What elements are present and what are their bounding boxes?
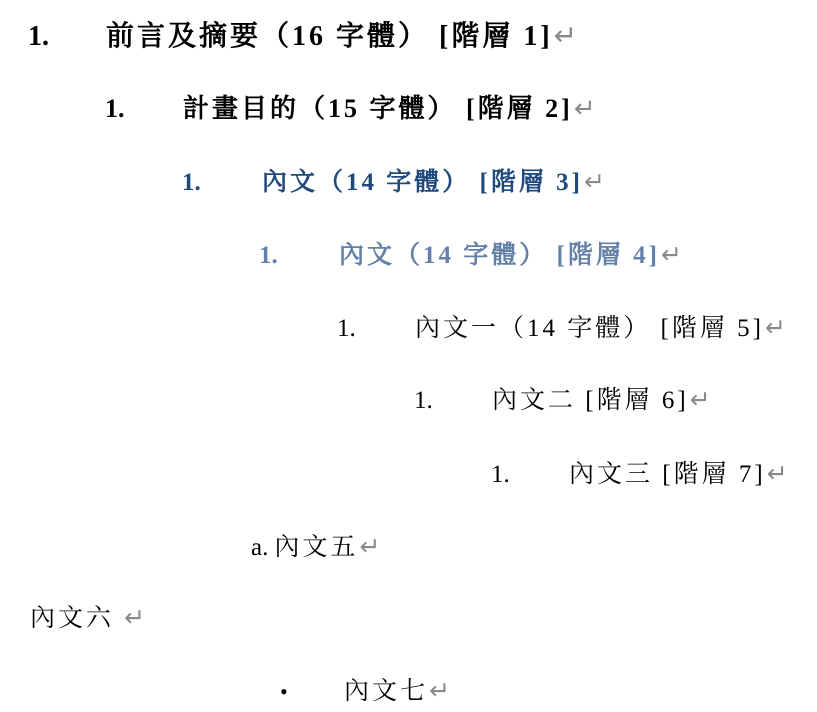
list-number: 1.: [259, 242, 339, 270]
body-text: 內文五: [274, 527, 358, 563]
paragraph-mark-icon: ↵: [359, 532, 380, 561]
list-number: 1.: [491, 461, 569, 489]
paragraph-mark-icon: ↵: [584, 167, 605, 196]
paragraph-mark-icon: ↵: [765, 313, 786, 342]
heading-level-3[interactable]: 1. 內文（14 字體） [階層 3] ↵: [182, 162, 605, 198]
heading-text: 內文（14 字體） [階層 3]: [262, 162, 583, 198]
list-number: 1.: [414, 387, 492, 415]
list-number: 1.: [182, 169, 262, 197]
heading-level-6[interactable]: 1. 內文二 [階層 6] ↵: [414, 380, 711, 416]
heading-level-2[interactable]: 1. 計畫目的（15 字體） [階層 2] ↵: [105, 88, 596, 125]
bullet-icon: •: [280, 679, 344, 705]
heading-text: 內文三 [階層 7]: [569, 454, 766, 490]
body-text: 內文六: [30, 598, 114, 634]
bullet-list-item[interactable]: • 內文七 ↵: [280, 671, 450, 707]
list-number: 1.: [337, 315, 415, 343]
heading-text: 計畫目的（15 字體） [階層 2]: [183, 88, 573, 125]
heading-level-7[interactable]: 1. 內文三 [階層 7] ↵: [491, 454, 788, 490]
paragraph-mark-icon: ↵: [767, 459, 788, 488]
heading-level-5[interactable]: 1. 內文一（14 字體） [階層 5] ↵: [337, 308, 786, 344]
heading-text: 內文（14 字體） [階層 4]: [339, 235, 660, 271]
paragraph-mark-icon: ↵: [554, 19, 577, 52]
lettered-list-item[interactable]: a. 內文五 ↵: [251, 527, 380, 563]
heading-level-4[interactable]: 1. 內文（14 字體） [階層 4] ↵: [259, 235, 682, 271]
paragraph-mark-icon: ↵: [690, 385, 711, 414]
paragraph-mark-icon: ↵: [124, 603, 145, 632]
body-paragraph[interactable]: 內文六 ↵: [30, 598, 145, 634]
body-text: 內文七: [344, 671, 428, 707]
list-letter: a.: [251, 534, 268, 562]
heading-text: 前言及摘要（16 字體） [階層 1]: [106, 14, 553, 54]
paragraph-mark-icon: ↵: [429, 676, 450, 705]
paragraph-mark-icon: ↵: [574, 94, 596, 124]
heading-text: 內文二 [階層 6]: [492, 380, 689, 416]
list-number: 1.: [105, 94, 183, 124]
paragraph-mark-icon: ↵: [661, 240, 682, 269]
list-number: 1.: [28, 21, 106, 53]
heading-text: 內文一（14 字體） [階層 5]: [415, 308, 764, 344]
heading-level-1[interactable]: 1. 前言及摘要（16 字體） [階層 1] ↵: [28, 14, 577, 54]
